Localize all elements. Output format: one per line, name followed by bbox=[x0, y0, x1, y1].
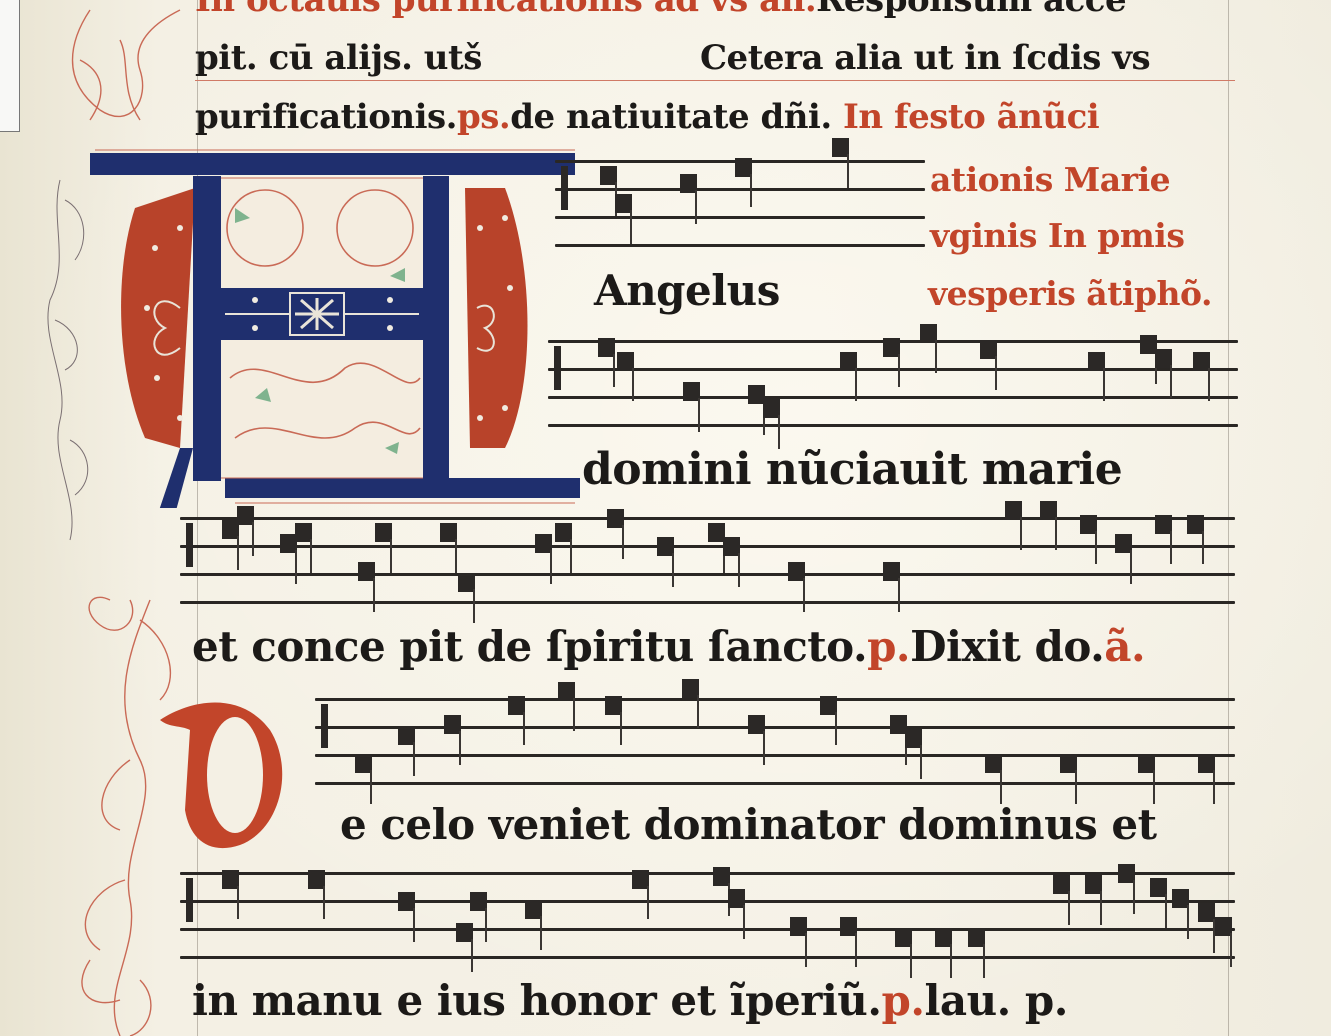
c-clef-icon bbox=[186, 523, 193, 568]
note-stem bbox=[847, 154, 849, 188]
staff-1 bbox=[555, 160, 925, 248]
note-stem bbox=[413, 742, 415, 776]
note-stem bbox=[485, 908, 487, 942]
rubric-segment: ps. bbox=[457, 97, 510, 137]
note-stem bbox=[672, 553, 674, 587]
lyric-line-4: e celo veniet dominator dominus et bbox=[340, 800, 1157, 849]
note-stem bbox=[695, 190, 697, 224]
note-stem bbox=[983, 944, 985, 978]
lyric-line-1: Angelus bbox=[594, 266, 780, 315]
lyric-text: domini nũciauit marie bbox=[582, 444, 1122, 495]
note-stem bbox=[1100, 891, 1102, 925]
staff-line bbox=[180, 573, 1235, 576]
staff-2 bbox=[548, 340, 1238, 428]
note-stem bbox=[1130, 550, 1132, 584]
lyric-text: Dixit do. bbox=[910, 622, 1104, 671]
staff-line bbox=[555, 216, 925, 219]
note-stem bbox=[523, 712, 525, 746]
staff-line bbox=[180, 928, 1235, 931]
text-segment: Cetera alia ut in ſcdis vs bbox=[700, 38, 1150, 78]
rubric-right-2: vginis In pmis bbox=[930, 216, 1184, 255]
note-stem bbox=[910, 944, 912, 978]
note-stem bbox=[370, 770, 372, 804]
note-stem bbox=[573, 698, 575, 732]
note-stem bbox=[1165, 894, 1167, 928]
c-clef-icon bbox=[321, 704, 328, 749]
note-stem bbox=[697, 695, 699, 729]
lyric-line-5: in manu e ius honor et ĩperiũ.p.lau. p. bbox=[192, 976, 1068, 1025]
note-stem bbox=[1202, 531, 1204, 565]
text-segment: de natiuitate dñi. bbox=[510, 97, 831, 137]
note-stem bbox=[1213, 770, 1215, 804]
note-stem bbox=[540, 916, 542, 950]
note-stem bbox=[252, 522, 254, 556]
note-stem bbox=[310, 539, 312, 573]
staff-line bbox=[555, 244, 925, 247]
note-stem bbox=[1133, 880, 1135, 914]
note-stem bbox=[855, 368, 857, 402]
staff-line bbox=[180, 545, 1235, 548]
text-segment: pit. cū alijs. utš bbox=[195, 38, 482, 78]
rubric-segment: In octauis purificationis ad vs an. bbox=[195, 0, 816, 20]
note-stem bbox=[738, 553, 740, 587]
note-stem bbox=[935, 340, 937, 374]
note-stem bbox=[295, 550, 297, 584]
note-stem bbox=[950, 944, 952, 978]
note-stem bbox=[750, 174, 752, 208]
note-stem bbox=[570, 539, 572, 573]
note-stem bbox=[473, 589, 475, 623]
note-stem bbox=[1170, 365, 1172, 399]
note-stem bbox=[743, 905, 745, 939]
rubric-segment: ã. bbox=[1104, 622, 1145, 671]
lyric-text: e celo veniet dominator dominus et bbox=[340, 800, 1157, 849]
note-stem bbox=[620, 712, 622, 746]
note-stem bbox=[1153, 770, 1155, 804]
staff-line bbox=[180, 517, 1235, 520]
text-segment: purificationis. bbox=[195, 97, 457, 137]
text-segment: Responsum acce bbox=[816, 0, 1126, 20]
staff-line bbox=[548, 368, 1238, 371]
note-stem bbox=[835, 712, 837, 746]
note-stem bbox=[630, 210, 632, 244]
note-stem bbox=[1068, 891, 1070, 925]
staff-line bbox=[315, 698, 1235, 701]
note-stem bbox=[803, 578, 805, 612]
note-stem bbox=[237, 886, 239, 920]
lyric-text: et conce pit de ſpiritu ſancto. bbox=[192, 622, 867, 671]
lyric-line-3: et conce pit de ſpiritu ſancto.p.Dixit d… bbox=[192, 622, 1145, 671]
lyric-text: in manu e ius honor et ĩperiũ. bbox=[192, 976, 881, 1025]
staff-3 bbox=[180, 517, 1235, 605]
note-stem bbox=[898, 578, 900, 612]
note-stem bbox=[1075, 770, 1077, 804]
note-stem bbox=[1103, 368, 1105, 402]
note-stem bbox=[1187, 905, 1189, 939]
note-stem bbox=[1170, 531, 1172, 565]
viewer-panel-edge bbox=[0, 0, 20, 132]
note-stem bbox=[550, 550, 552, 584]
staff-5 bbox=[180, 872, 1235, 960]
rubric-segment: In festo ãnũci bbox=[843, 97, 1099, 137]
red-initial-d-icon bbox=[150, 690, 300, 850]
manuscript-page: In octauis purificationis ad vs an.Respo… bbox=[0, 0, 1331, 1036]
staff-line bbox=[180, 900, 1235, 903]
note-stem bbox=[763, 731, 765, 765]
note-stem bbox=[373, 578, 375, 612]
staff-line bbox=[180, 601, 1235, 604]
staff-line bbox=[180, 872, 1235, 875]
note-stem bbox=[471, 939, 473, 973]
staff-line bbox=[548, 396, 1238, 399]
staff-line bbox=[548, 424, 1238, 427]
lyric-text: lau. p. bbox=[924, 976, 1067, 1025]
note-stem bbox=[613, 354, 615, 388]
note-stem bbox=[1208, 368, 1210, 402]
lyric-text: Angelus bbox=[594, 266, 780, 315]
note-stem bbox=[898, 354, 900, 388]
note-stem bbox=[1230, 933, 1232, 967]
note-stem bbox=[1020, 517, 1022, 551]
note-stem bbox=[632, 368, 634, 402]
note-stem bbox=[1000, 770, 1002, 804]
text-line-1: In octauis purificationis ad vs an.Respo… bbox=[195, 0, 1126, 20]
note-stem bbox=[855, 933, 857, 967]
note-stem bbox=[455, 539, 457, 573]
c-clef-icon bbox=[561, 166, 568, 211]
red-ruling bbox=[195, 80, 1235, 81]
rubric-segment: ationis Marie bbox=[930, 160, 1170, 199]
text-line-2b: Cetera alia ut in ſcdis vs bbox=[700, 38, 1150, 78]
lyric-line-2: domini nũciauit marie bbox=[582, 444, 1122, 495]
note-stem bbox=[1095, 531, 1097, 565]
c-clef-icon bbox=[186, 878, 193, 923]
staff-line bbox=[555, 188, 925, 191]
staff-line bbox=[315, 782, 1235, 785]
staff-4 bbox=[315, 698, 1235, 786]
note-stem bbox=[390, 539, 392, 573]
note-stem bbox=[920, 745, 922, 779]
note-stem bbox=[413, 908, 415, 942]
rubric-right-1: ationis Marie bbox=[930, 160, 1170, 199]
text-line-2a: pit. cū alijs. utš bbox=[195, 38, 482, 78]
note-stem bbox=[622, 525, 624, 559]
note-stem bbox=[698, 398, 700, 432]
note-stem bbox=[459, 731, 461, 765]
note-stem bbox=[237, 536, 239, 570]
rubric-segment: p. bbox=[881, 976, 924, 1025]
c-clef-icon bbox=[554, 346, 561, 391]
staff-line bbox=[315, 754, 1235, 757]
note-stem bbox=[778, 415, 780, 449]
note-stem bbox=[805, 933, 807, 967]
illuminated-initial-h-icon bbox=[85, 148, 585, 508]
note-stem bbox=[647, 886, 649, 920]
rubric-segment: p. bbox=[867, 622, 910, 671]
staff-line bbox=[180, 956, 1235, 959]
note-stem bbox=[1055, 517, 1057, 551]
text-line-3: purificationis.ps.de natiuitate dñi. In … bbox=[195, 97, 1099, 137]
note-stem bbox=[995, 356, 997, 390]
note-stem bbox=[323, 886, 325, 920]
rubric-right-3: vesperis ãtiphõ. bbox=[928, 274, 1212, 313]
rubric-segment: vesperis ãtiphõ. bbox=[928, 274, 1212, 313]
rubric-segment: vginis In pmis bbox=[930, 216, 1184, 255]
